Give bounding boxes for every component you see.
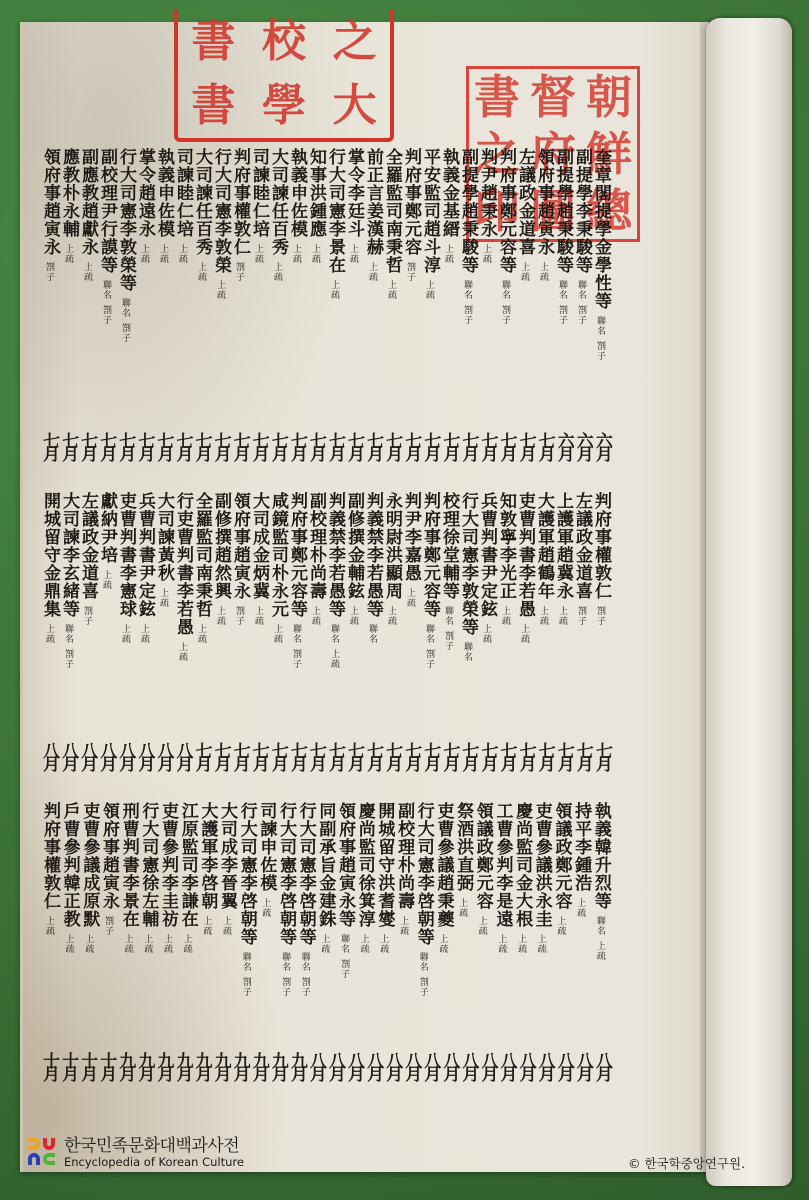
document-type-note: 聯名 xyxy=(299,952,312,972)
month-label: 九月 xyxy=(193,1052,210,1078)
official-and-title: 祭酒洪直弼 xyxy=(453,802,472,892)
memorial-entry: 執義申佐模上疏 xyxy=(154,148,173,269)
memorial-entry: 判府事權敦仁上疏 xyxy=(40,802,59,941)
document-type-note-2: 劄子 xyxy=(290,649,303,669)
document-type-note: 上疏 xyxy=(195,262,208,282)
month-label: 七月 xyxy=(326,432,343,458)
memorial-entry: 吏曹參議洪永圭上疏 xyxy=(532,802,551,959)
official-and-title: 司諫睦仁培 xyxy=(173,148,192,238)
memorial-entry: 領議政鄭元容上疏 xyxy=(551,802,570,941)
month-label: 十月 xyxy=(59,1052,76,1078)
official-and-title: 知敦寧李光正 xyxy=(496,492,515,600)
month-label: 七月 xyxy=(383,432,400,458)
month-label: 八月 xyxy=(574,1052,591,1078)
month-label: 七月 xyxy=(326,742,343,768)
month-label: 八月 xyxy=(326,1052,343,1078)
memorial-entry: 兵曹判書尹定鉉上疏 xyxy=(477,492,496,649)
document-type-note: 上疏 xyxy=(318,934,331,954)
document-type-note: 上疏 xyxy=(161,934,174,954)
month-row: 六月六月六月七月七月七月七月七月七月七月七月七月七月七月七月七月七月七月七月七月… xyxy=(40,432,610,458)
official-and-title: 行大司憲李敦榮等 xyxy=(458,492,477,636)
official-and-title: 行大司憲李啓朝等 xyxy=(276,802,295,946)
document-type-note-2: 劄子 xyxy=(279,977,292,997)
document-type-note: 上疏 xyxy=(141,934,154,954)
document-type-note: 上疏 xyxy=(200,916,213,936)
official-and-title: 副提學趙秉駿等 xyxy=(458,148,477,274)
document-type-note: 上疏 xyxy=(366,262,379,282)
official-and-title: 開城留守洪耆燮 xyxy=(374,802,393,928)
watermark-korean-title: 한국민족문화대백과사전 xyxy=(64,1138,244,1156)
document-type-note: 聯名 xyxy=(499,280,512,300)
memorial-entry: 上護軍趙冀永上疏 xyxy=(553,492,572,631)
month-label: 八月 xyxy=(154,742,171,768)
memorial-entry: 判義禁李若愚等聯名 xyxy=(363,492,382,649)
memorial-entry: 大司諫李玄緒等聯名劄子 xyxy=(59,492,78,669)
memorial-entry: 知事洪鍾應上疏 xyxy=(306,148,325,269)
official-and-title: 吏曹判書李若愚 xyxy=(515,492,534,618)
official-and-title: 執義韓升烈等 xyxy=(591,802,610,910)
memorial-entry: 奎章閣提學金學性等聯名劄子 xyxy=(591,148,610,361)
memorial-entry: 前正言姜漢赫上疏 xyxy=(363,148,382,287)
memorial-entry: 司諫睦仁培上疏 xyxy=(249,148,268,269)
official-and-title: 判府事鄭元容等 xyxy=(287,492,306,618)
document-type-note-2: 劄子 xyxy=(556,305,569,325)
official-and-title: 判府事權敦仁 xyxy=(591,492,610,600)
month-label: 七月 xyxy=(307,742,324,768)
memorial-entry: 大司諫黃秋上疏 xyxy=(154,492,173,613)
memorial-entry: 副應教趙獻永上疏 xyxy=(78,148,97,287)
month-label: 六月 xyxy=(593,432,610,458)
document-type-note: 上疏 xyxy=(518,262,531,282)
month-label: 七月 xyxy=(231,432,248,458)
document-type-note: 聯名 xyxy=(417,952,430,972)
month-label: 七月 xyxy=(517,432,534,458)
memorial-entry: 副提學李秉駿等聯名劄子 xyxy=(572,148,591,325)
official-and-title: 行大司憲李啓朝等 xyxy=(237,802,256,946)
document-type-note-2: 上疏 xyxy=(328,649,341,669)
official-and-title: 行大司憲李景在 xyxy=(325,148,344,274)
memorial-entry: 吏曹判書李憲球上疏 xyxy=(116,492,135,649)
memorial-entry: 慶尚監司金大根上疏 xyxy=(512,802,531,959)
memorial-entry: 平安監司趙斗淳上疏 xyxy=(420,148,439,305)
memorial-entry: 判尹李嘉愚上疏 xyxy=(401,492,420,613)
document-type-note: 上疏 xyxy=(377,934,390,954)
register-2-entries: 判府事權敦仁劄子左議政金道喜劄子上護軍趙冀永上疏大護軍趙鶴年上疏吏曹判書李若愚上… xyxy=(40,492,610,669)
document-type-note: 上疏 xyxy=(122,934,135,954)
official-and-title: 吏曹參判李圭祊 xyxy=(158,802,177,928)
document-type-note: 聯名 xyxy=(290,624,303,644)
document-type-note: 聯名 xyxy=(119,298,132,318)
official-and-title: 判府事權敦仁 xyxy=(230,148,249,256)
memorial-entry: 副校理尹行謨等聯名劄子 xyxy=(97,148,116,325)
official-and-title: 判義禁李若愚等 xyxy=(325,492,344,618)
document-type-note: 劄子 xyxy=(404,262,417,282)
memorial-entry: 判府事鄭元容等聯名劄子 xyxy=(287,492,306,669)
official-and-title: 領府事趙寅永 xyxy=(99,802,118,910)
memorial-entry: 刑曹判書李景在上疏 xyxy=(119,802,138,959)
memorial-entry: 校理徐堂輔等聯名劄子 xyxy=(439,492,458,651)
month-label: 七月 xyxy=(269,742,286,768)
memorial-entry: 副校理朴尚壽上疏 xyxy=(306,492,325,631)
document-type-note: 上疏 xyxy=(220,916,233,936)
document-type-note-2: 劄子 xyxy=(575,305,588,325)
seal-char: 書 xyxy=(191,20,235,64)
official-and-title: 同副承旨金建銖 xyxy=(315,802,334,928)
seal-char: 校 xyxy=(262,20,306,64)
official-and-title: 吏曹參議趙秉夔 xyxy=(433,802,452,928)
memorial-entry: 領府事趙寅永等聯名劄子 xyxy=(335,802,354,979)
official-and-title: 行大司憲李啓朝等 xyxy=(414,802,433,946)
document-type-note-2: 上疏 xyxy=(594,941,607,961)
document-type-note: 上疏 xyxy=(271,624,284,644)
document-type-note: 上疏 xyxy=(62,244,75,264)
month-label: 八月 xyxy=(478,1052,495,1078)
document-type-note: 上疏 xyxy=(518,624,531,644)
document-type-note: 上疏 xyxy=(385,606,398,626)
month-label: 八月 xyxy=(40,742,57,768)
seal-char: 大 xyxy=(333,84,377,128)
month-label: 八月 xyxy=(498,1052,515,1078)
register-1-entries: 奎章閣提學金學性等聯名劄子副提學李秉駿等聯名劄子副提學趙秉駿等聯名劄子領府事趙寅… xyxy=(40,148,610,361)
document-type-note: 聯名 xyxy=(556,280,569,300)
document-type-note: 上疏 xyxy=(436,934,449,954)
document-type-note: 劄子 xyxy=(233,606,246,626)
memorial-entry: 領議政鄭元容上疏 xyxy=(473,802,492,941)
official-and-title: 領府事趙寅永 xyxy=(534,148,553,256)
encyclopedia-watermark: 한국민족문화대백과사전 Encyclopedia of Korean Cultu… xyxy=(28,1138,244,1168)
month-label: 八月 xyxy=(135,742,152,768)
month-label: 八月 xyxy=(555,1052,572,1078)
official-and-title: 領府事趙寅永 xyxy=(40,148,59,256)
official-and-title: 大司成李晉翼 xyxy=(217,802,236,910)
month-label: 九月 xyxy=(212,1052,229,1078)
month-label: 七月 xyxy=(478,742,495,768)
memorial-entry: 執義韓升烈等聯名上疏 xyxy=(591,802,610,961)
official-and-title: 行吏曹判書李若愚 xyxy=(173,492,192,636)
document-type-note: 上疏 xyxy=(138,244,151,264)
document-type-note: 上疏 xyxy=(43,624,56,644)
official-and-title: 左議政金道喜 xyxy=(515,148,534,256)
memorial-entry: 執義金基縉上疏 xyxy=(439,148,458,269)
month-row: 七月七月七月七月七月七月七月七月七月七月七月七月七月七月七月七月七月七月七月七月… xyxy=(40,742,610,768)
official-and-title: 慶尚監司金大根 xyxy=(512,802,531,928)
document-type-note: 上疏 xyxy=(423,280,436,300)
memorial-entry: 吏曹參議成原默上疏 xyxy=(79,802,98,959)
memorial-entry: 行大司憲李敦榮等聯名 xyxy=(458,492,477,667)
memorial-entry: 行大司憲李敦榮上疏 xyxy=(211,148,230,305)
official-and-title: 吏曹判書李憲球 xyxy=(116,492,135,618)
month-label: 八月 xyxy=(383,1052,400,1078)
document-type-note: 聯名 xyxy=(461,280,474,300)
watermark-english-title: Encyclopedia of Korean Culture xyxy=(64,1156,244,1168)
document-type-note: 劄子 xyxy=(81,606,94,626)
official-and-title: 吏曹參議洪永圭 xyxy=(532,802,551,928)
month-label: 七月 xyxy=(193,432,210,458)
month-label: 九月 xyxy=(269,1052,286,1078)
memorial-entry: 慶尚監司徐箕淳上疏 xyxy=(355,802,374,959)
document-type-note: 上疏 xyxy=(347,244,360,264)
document-type-note: 上疏 xyxy=(537,262,550,282)
seal-char: 書 xyxy=(191,84,235,128)
month-label: 八月 xyxy=(440,1052,457,1078)
official-and-title: 兵曹判書尹定鉉 xyxy=(135,492,154,618)
document-type-note: 劄子 xyxy=(594,606,607,626)
official-and-title: 司諫申佐模 xyxy=(256,802,275,892)
document-type-note-2: 劄子 xyxy=(594,341,607,361)
memorial-entry: 行大司憲李啓朝等聯名劄子 xyxy=(296,802,315,997)
memorial-entry: 領府事趙寅永上疏 xyxy=(534,148,553,287)
official-and-title: 判尹李嘉愚 xyxy=(401,492,420,582)
month-label: 七月 xyxy=(459,432,476,458)
month-label: 七月 xyxy=(498,432,515,458)
official-and-title: 判府事鄭元容等 xyxy=(496,148,515,274)
month-label: 八月 xyxy=(116,742,133,768)
memorial-entry: 大司成李晉翼上疏 xyxy=(217,802,236,941)
official-and-title: 領議政鄭元容 xyxy=(551,802,570,910)
copyright-notice: © 한국학중앙연구원. xyxy=(628,1154,745,1172)
memorial-entry: 應教朴永輔上疏 xyxy=(59,148,78,269)
memorial-entry: 全羅監司南秉哲上疏 xyxy=(382,148,401,305)
document-type-note: 聯名 xyxy=(279,952,292,972)
document-type-note: 聯名 xyxy=(594,916,607,936)
month-label: 七月 xyxy=(135,432,152,458)
month-label: 十月 xyxy=(97,1052,114,1078)
memorial-entry: 大護軍李啓朝上疏 xyxy=(197,802,216,941)
seal-char: 學 xyxy=(262,84,306,128)
official-and-title: 副提學趙秉駿等 xyxy=(553,148,572,274)
register-3-entries: 執義韓升烈等聯名上疏持平李鍾浩上疏領議政鄭元容上疏吏曹參議洪永圭上疏慶尚監司金大… xyxy=(40,802,610,997)
official-and-title: 應教朴永輔 xyxy=(59,148,78,238)
memorial-entry: 判府事權敦仁劄子 xyxy=(591,492,610,631)
document-type-note: 上疏 xyxy=(480,244,493,264)
month-label: 七月 xyxy=(402,742,419,768)
document-type-note: 上疏 xyxy=(309,244,322,264)
memorial-entry: 副修撰趙然興上疏 xyxy=(211,492,230,631)
official-and-title: 副修撰趙然興 xyxy=(211,492,230,600)
document-type-note: 聯名 xyxy=(62,624,75,644)
month-label: 七月 xyxy=(440,432,457,458)
month-label: 九月 xyxy=(116,1052,133,1078)
month-label: 七月 xyxy=(269,432,286,458)
official-and-title: 獻納尹培 xyxy=(97,492,116,564)
document-type-note: 聯名 xyxy=(100,280,113,300)
document-type-note: 上疏 xyxy=(456,898,469,918)
document-type-note-2: 劄子 xyxy=(423,649,436,669)
month-label: 七月 xyxy=(116,432,133,458)
official-and-title: 刑曹判書李景在 xyxy=(119,802,138,928)
scroll-roller xyxy=(706,18,792,1186)
memorial-entry: 副提學趙秉駿等聯名劄子 xyxy=(553,148,572,325)
official-and-title: 平安監司趙斗淳 xyxy=(420,148,439,274)
memorial-entry: 執義申佐模上疏 xyxy=(287,148,306,269)
memorial-entry: 行大司憲李啓朝等聯名劄子 xyxy=(237,802,256,997)
official-and-title: 大護軍趙鶴年 xyxy=(534,492,553,600)
memorial-entry: 全羅監司南秉哲上疏 xyxy=(192,492,211,649)
official-and-title: 領府事趙寅永 xyxy=(230,492,249,600)
official-and-title: 慶尚監司徐箕淳 xyxy=(355,802,374,928)
month-label: 七月 xyxy=(250,742,267,768)
month-label: 十月 xyxy=(78,1052,95,1078)
document-type-note: 上疏 xyxy=(535,934,548,954)
memorial-entry: 行吏曹判書李若愚上疏 xyxy=(173,492,192,667)
month-label: 八月 xyxy=(78,742,95,768)
document-type-note: 上疏 xyxy=(43,916,56,936)
document-type-note: 上疏 xyxy=(476,916,489,936)
document-type-note: 上疏 xyxy=(157,244,170,264)
document-type-note: 上疏 xyxy=(309,606,322,626)
memorial-entry: 行大司憲徐左輔上疏 xyxy=(138,802,157,959)
document-type-note-2: 劄子 xyxy=(240,977,253,997)
month-label: 八月 xyxy=(593,1052,610,1078)
memorial-entry: 咸鏡監司朴永元上疏 xyxy=(268,492,287,649)
document-type-note-2: 劄子 xyxy=(499,305,512,325)
document-type-note: 聯名 xyxy=(328,624,341,644)
official-and-title: 行大司憲徐左輔 xyxy=(138,802,157,928)
document-type-note: 上疏 xyxy=(119,624,132,644)
official-and-title: 領議政鄭元容 xyxy=(473,802,492,910)
official-and-title: 判尹趙秉永 xyxy=(477,148,496,238)
memorial-entry: 大司諫任百秀上疏 xyxy=(192,148,211,287)
official-and-title: 持平李鍾浩 xyxy=(571,802,590,892)
month-label: 七月 xyxy=(536,432,553,458)
official-and-title: 副校理朴尚壽 xyxy=(306,492,325,600)
document-type-note: 上疏 xyxy=(214,280,227,300)
memorial-entry: 獻納尹培上疏 xyxy=(97,492,116,595)
document-type-note: 上疏 xyxy=(290,244,303,264)
document-type-note: 上疏 xyxy=(81,262,94,282)
official-and-title: 掌令李廷斗 xyxy=(344,148,363,238)
month-label: 七月 xyxy=(173,432,190,458)
official-and-title: 行大司憲李敦榮 xyxy=(211,148,230,274)
official-and-title: 行大司憲李啓朝等 xyxy=(296,802,315,946)
document-type-note: 聯名 xyxy=(594,316,607,336)
document-type-note-2: 劄子 xyxy=(417,977,430,997)
memorial-entry: 吏曹判書李若愚上疏 xyxy=(515,492,534,649)
month-label: 九月 xyxy=(135,1052,152,1078)
document-type-note: 上疏 xyxy=(63,934,76,954)
month-label: 六月 xyxy=(574,432,591,458)
encyclopedia-logo-icon xyxy=(28,1138,58,1168)
memorial-entry: 開城留守洪耆燮上疏 xyxy=(374,802,393,959)
official-and-title: 吏曹參議成原默 xyxy=(79,802,98,928)
document-type-note: 上疏 xyxy=(138,624,151,644)
document-type-note: 聯名 xyxy=(423,624,436,644)
month-label: 八月 xyxy=(59,742,76,768)
official-and-title: 執義申佐模 xyxy=(154,148,173,238)
document-type-note: 上疏 xyxy=(385,280,398,300)
official-and-title: 判義禁李若愚等 xyxy=(363,492,382,618)
month-label: 九月 xyxy=(154,1052,171,1078)
document-type-note: 劄子 xyxy=(575,606,588,626)
month-label: 七月 xyxy=(345,432,362,458)
document-type-note: 上疏 xyxy=(499,606,512,626)
official-and-title: 工曹參判李是遠 xyxy=(492,802,511,928)
official-and-title: 大司諫任百秀 xyxy=(192,148,211,256)
document-type-note: 上疏 xyxy=(347,606,360,626)
document-type-note: 聯名 xyxy=(366,624,379,644)
month-label: 九月 xyxy=(231,1052,248,1078)
official-and-title: 大司諫李玄緒等 xyxy=(59,492,78,618)
month-label: 六月 xyxy=(555,432,572,458)
official-and-title: 判府事權敦仁 xyxy=(40,802,59,910)
memorial-entry: 祭酒洪直弼上疏 xyxy=(453,802,472,923)
document-type-note: 劄子 xyxy=(233,262,246,282)
month-label: 七月 xyxy=(212,432,229,458)
memorial-entry: 戶曹參判韓正教上疏 xyxy=(60,802,79,959)
month-label: 七月 xyxy=(193,742,210,768)
document-type-note: 上疏 xyxy=(176,244,189,264)
month-label: 九月 xyxy=(288,1052,305,1078)
memorial-entry: 判義禁李若愚等聯名上疏 xyxy=(325,492,344,669)
official-and-title: 校理徐堂輔等 xyxy=(439,492,458,600)
official-and-title: 副應教趙獻永 xyxy=(78,148,97,256)
document-type-note: 聯名 xyxy=(240,952,253,972)
memorial-entry: 江原監司李謙在上疏 xyxy=(178,802,197,959)
memorial-entry: 副提學趙秉駿等聯名劄子 xyxy=(458,148,477,325)
month-label: 七月 xyxy=(498,742,515,768)
official-and-title: 領府事趙寅永等 xyxy=(335,802,354,928)
official-and-title: 開城留守金鼎集 xyxy=(40,492,59,618)
month-label: 八月 xyxy=(345,1052,362,1078)
memorial-entry: 兵曹判書尹定鉉上疏 xyxy=(135,492,154,649)
month-label: 七月 xyxy=(97,432,114,458)
official-and-title: 大司諫任百秀 xyxy=(268,148,287,256)
official-and-title: 執義申佐模 xyxy=(287,148,306,238)
document-type-note: 上疏 xyxy=(100,570,113,590)
document-type-note: 劄子 xyxy=(102,916,115,936)
official-and-title: 大司成金炳冀 xyxy=(249,492,268,600)
month-label: 八月 xyxy=(459,1052,476,1078)
month-label: 七月 xyxy=(383,742,400,768)
official-and-title: 江原監司李謙在 xyxy=(178,802,197,928)
document-type-note-2: 劄子 xyxy=(442,631,455,651)
month-label: 八月 xyxy=(173,742,190,768)
memorial-entry: 開城留守金鼎集上疏 xyxy=(40,492,59,649)
month-row: 八月八月八月八月八月八月八月八月八月八月八月八月八月八月八月八月九月九月九月九月… xyxy=(40,1052,610,1078)
official-and-title: 行大司憲李敦榮等 xyxy=(116,148,135,292)
month-label: 七月 xyxy=(307,432,324,458)
official-and-title: 副校理朴尚壽 xyxy=(394,802,413,910)
memorial-entry: 吏曹參判李圭祊上疏 xyxy=(158,802,177,959)
month-label: 七月 xyxy=(78,432,95,458)
document-type-note: 上疏 xyxy=(195,624,208,644)
library-seal-top: 書 校 之 書 學 大 xyxy=(174,10,394,142)
memorial-entry: 判尹趙秉永上疏 xyxy=(477,148,496,269)
memorial-entry: 掌令李廷斗上疏 xyxy=(344,148,363,269)
document-type-note: 劄子 xyxy=(43,262,56,282)
memorial-entry: 知敦寧李光正上疏 xyxy=(496,492,515,631)
document-type-note: 上疏 xyxy=(252,606,265,626)
official-and-title: 大司諫黃秋 xyxy=(154,492,173,582)
month-label: 七月 xyxy=(440,742,457,768)
seal-char: 書 xyxy=(474,74,520,120)
document-type-note-2: 劄子 xyxy=(62,649,75,669)
seal-char: 督 xyxy=(530,74,576,120)
document-type-note: 上疏 xyxy=(480,624,493,644)
document-type-note-2: 劄子 xyxy=(338,959,351,979)
official-and-title: 左議政金道喜 xyxy=(572,492,591,600)
official-and-title: 大護軍李啓朝 xyxy=(197,802,216,910)
month-label: 七月 xyxy=(364,742,381,768)
document-type-note: 上疏 xyxy=(252,244,265,264)
document-type-note: 聯名 xyxy=(461,642,474,662)
document-type-note-2: 劄子 xyxy=(100,305,113,325)
document-type-note: 上疏 xyxy=(397,916,410,936)
month-label: 八月 xyxy=(536,1052,553,1078)
month-label: 七月 xyxy=(288,742,305,768)
month-label: 八月 xyxy=(402,1052,419,1078)
document-type-note-2: 劄子 xyxy=(299,977,312,997)
